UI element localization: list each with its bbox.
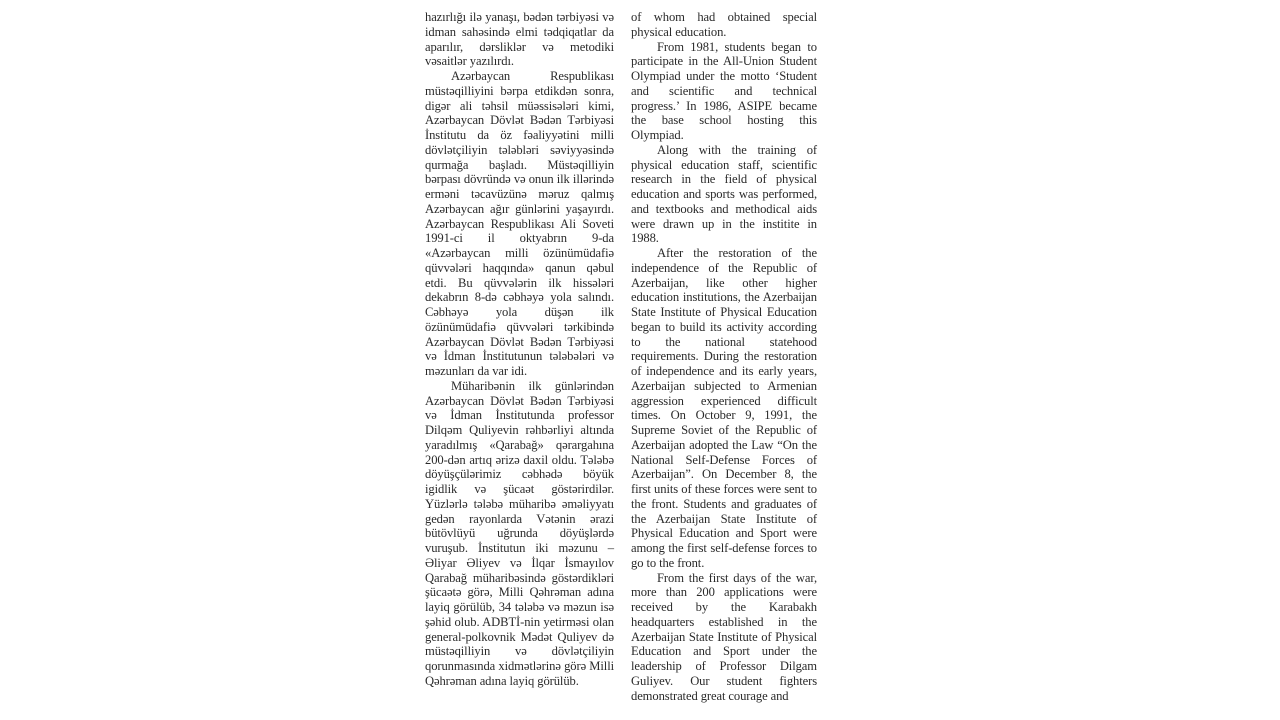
- document-page: hazırlığı ilə yanaşı, bədən tərbiyəsi və…: [0, 0, 1280, 720]
- paragraph-war-days: From the first days of the war, more tha…: [631, 571, 817, 704]
- paragraph-olympiad: From 1981, students began to participate…: [631, 40, 817, 143]
- paragraph-independence: Azərbaycan Respublikası müstəqilliyini b…: [425, 69, 614, 379]
- paragraph-continuation: of whom had obtained special physical ed…: [631, 10, 817, 40]
- left-column-azerbaijani: hazırlığı ilə yanaşı, bədən tərbiyəsi və…: [425, 10, 614, 689]
- right-column-english: of whom had obtained special physical ed…: [631, 10, 817, 703]
- paragraph-continuation: hazırlığı ilə yanaşı, bədən tərbiyəsi və…: [425, 10, 614, 69]
- paragraph-independence: After the restoration of the independenc…: [631, 246, 817, 571]
- paragraph-war-days: Müharibənin ilk günlərindən Azərbaycan D…: [425, 379, 614, 689]
- paragraph-research: Along with the training of physical educ…: [631, 143, 817, 246]
